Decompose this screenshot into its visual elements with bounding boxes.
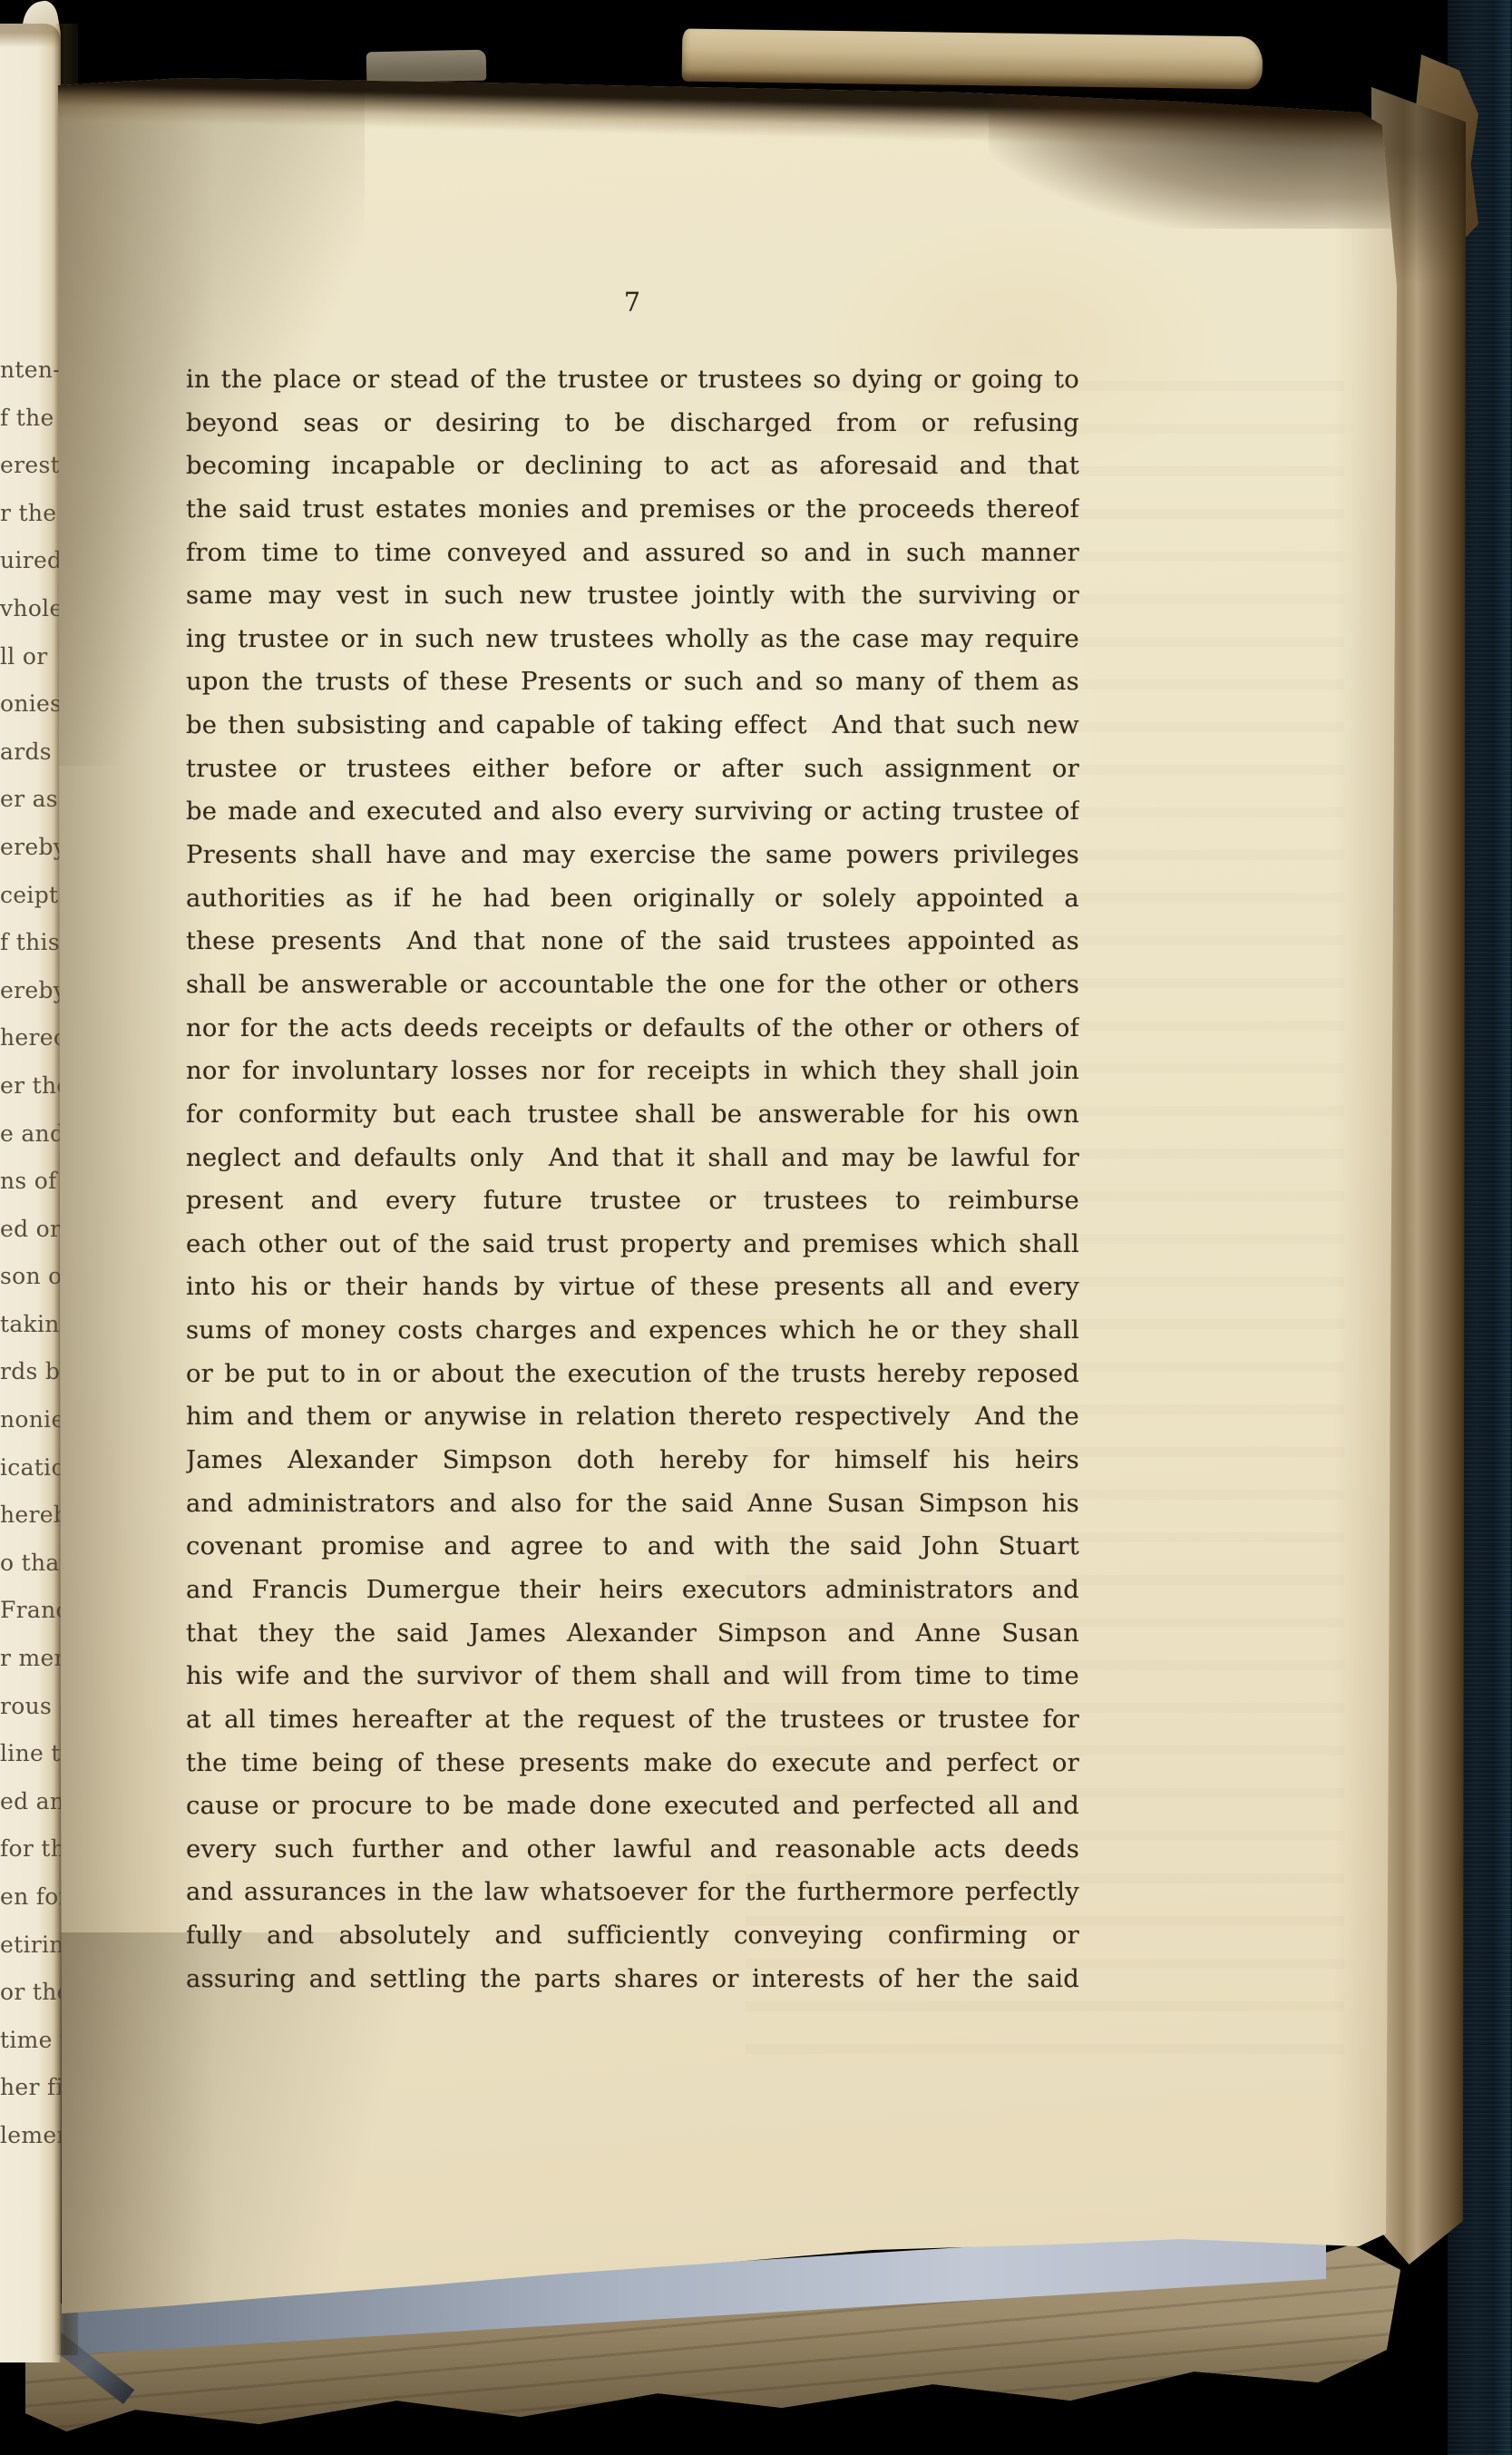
body-text-line: him and them or anywise in relation ther…	[186, 1395, 1079, 1439]
facing-page-text-fragment: onies	[0, 680, 61, 729]
facing-page-text-fragment: or the	[0, 1969, 61, 2017]
facing-page-text-fragment: her fit	[0, 2064, 61, 2112]
body-text-line: nor for involuntary losses nor for recei…	[186, 1050, 1079, 1093]
curled-page-fragment-small	[366, 50, 487, 83]
book-page: 7 in the place or stead of the trustee o…	[56, 76, 1397, 2313]
facing-page-text-fragment: ceipts	[0, 872, 61, 920]
body-text-line: in the place or stead of the trustee or …	[186, 358, 1079, 402]
body-text-line: each other out of the said trust propert…	[186, 1223, 1079, 1267]
facing-page-text-fragment: er the	[0, 1062, 61, 1110]
facing-page-text-fragment: son or	[0, 1253, 61, 1301]
facing-page-text-fragment: ication	[0, 1444, 61, 1492]
body-text-line: and assurances in the law whatsoever for…	[186, 1871, 1079, 1914]
body-text-line: his wife and the survivor of them shall …	[186, 1655, 1079, 1698]
body-text-line: be made and executed and also every surv…	[186, 790, 1079, 834]
body-text-line: trustee or trustees either before or aft…	[186, 748, 1079, 791]
facing-page-text-fragment: e and	[0, 1110, 61, 1159]
facing-page-text-fragment: r men-	[0, 1635, 61, 1683]
facing-page-text-fragment: f the	[0, 395, 61, 443]
body-text-line: be then subsisting and capable of taking…	[186, 704, 1079, 748]
facing-page-text-fragment: ereby	[0, 824, 61, 872]
facing-page-text-fragment: time to	[0, 2017, 61, 2065]
body-text-line: ing trustee or in such new trustees whol…	[186, 618, 1079, 661]
facing-page-text-fragment: ards	[0, 729, 61, 777]
burnt-top-right-corner	[989, 93, 1406, 229]
body-text-line: at all times hereafter at the request of…	[186, 1698, 1079, 1742]
facing-page-text-fragment: ll or	[0, 633, 61, 681]
facing-page-text-fragment: Francis	[0, 1587, 61, 1635]
facing-page-text-fragment: vhole	[0, 585, 61, 633]
facing-page-text-fragment: lement	[0, 2112, 61, 2160]
body-text-line: the time being of these presents make do…	[186, 1742, 1079, 1785]
facing-page-text-fragment: erest	[0, 442, 61, 490]
facing-page-text-fragment: etiring	[0, 1922, 61, 1970]
body-text-line: authorities as if he had been originally…	[186, 877, 1079, 921]
facing-page-text-fragment: taking	[0, 1301, 61, 1349]
facing-page-text-column: nten-f theerestr theuiredvholell oronies…	[0, 347, 61, 2160]
facing-page-text-fragment: nonies	[0, 1396, 61, 1444]
facing-page-text-fragment: o that	[0, 1540, 61, 1588]
body-text-line: present and every future trustee or trus…	[186, 1179, 1079, 1223]
body-text-line: sums of money costs charges and expences…	[186, 1309, 1079, 1353]
facing-page-text-fragment: for the	[0, 1825, 61, 1873]
body-text-line: every such further and other lawful and …	[186, 1828, 1079, 1872]
facing-page-text-fragment: uired	[0, 537, 61, 585]
body-text-line: or be put to in or about the execution o…	[186, 1353, 1079, 1396]
facing-page-text-fragment: hereby	[0, 1492, 61, 1540]
facing-page-text-fragment: ed and	[0, 1778, 61, 1826]
body-text-line: covenant promise and agree to and with t…	[186, 1525, 1079, 1569]
facing-page-text-fragment: er as	[0, 776, 61, 824]
body-text-line: beyond seas or desiring to be discharged…	[186, 402, 1079, 445]
facing-page-text-fragment: line to	[0, 1730, 61, 1778]
body-text-line: James Alexander Simpson doth hereby for …	[186, 1439, 1079, 1482]
facing-page-text-fragment: r the	[0, 490, 61, 538]
facing-page-text-fragment: ed or	[0, 1206, 61, 1254]
body-text-line: becoming incapable or declining to act a…	[186, 445, 1079, 488]
facing-page-text-fragment: rous of	[0, 1683, 61, 1731]
body-text-line: into his or their hands by virtue of the…	[186, 1266, 1079, 1309]
body-text-line: that they the said James Alexander Simps…	[186, 1612, 1079, 1656]
curled-page-fragment-top	[682, 29, 1263, 90]
body-text-line: from time to time conveyed and assured s…	[186, 532, 1079, 575]
book-photo: nten-f theerestr theuiredvholell oronies…	[0, 0, 1512, 2455]
facing-page-text-fragment: rds be	[0, 1348, 61, 1396]
facing-page-text-fragment: ns of	[0, 1158, 61, 1206]
facing-page-text-fragment: f this	[0, 919, 61, 967]
page-number: 7	[186, 285, 1079, 358]
body-text-line: the said trust estates monies and premis…	[186, 488, 1079, 532]
body-text-line: and administrators and also for the said…	[186, 1482, 1079, 1526]
facing-page-text-fragment: en for	[0, 1873, 61, 1922]
body-text-line: for conformity but each trustee shall be…	[186, 1093, 1079, 1137]
facing-page-text-fragment: hereof	[0, 1014, 61, 1062]
body-text-line: these presents And that none of the said…	[186, 920, 1079, 963]
body-text-line: shall be answerable or accountable the o…	[186, 963, 1079, 1007]
body-text-line: Presents shall have and may exercise the…	[186, 834, 1079, 877]
facing-page-text-fragment: ereby	[0, 967, 61, 1015]
body-text-line: same may vest in such new trustee jointl…	[186, 574, 1079, 618]
body-text-line: nor for the acts deeds receipts or defau…	[186, 1007, 1079, 1051]
page-text-block: 7 in the place or stead of the trustee o…	[186, 285, 1079, 2000]
facing-page-text-fragment: nten-	[0, 347, 61, 395]
body-text-line: neglect and defaults only And that it sh…	[186, 1137, 1079, 1180]
facing-page-edge: nten-f theerestr theuiredvholell oronies…	[0, 24, 61, 2362]
body-text: in the place or stead of the trustee or …	[186, 358, 1079, 2000]
body-text-line: assuring and settling the parts shares o…	[186, 1958, 1079, 2001]
body-text-line: fully and absolutely and sufficiently co…	[186, 1914, 1079, 1958]
body-text-line: cause or procure to be made done execute…	[186, 1785, 1079, 1828]
body-text-line: upon the trusts of these Presents or suc…	[186, 660, 1079, 704]
body-text-line: and Francis Dumergue their heirs executo…	[186, 1569, 1079, 1612]
